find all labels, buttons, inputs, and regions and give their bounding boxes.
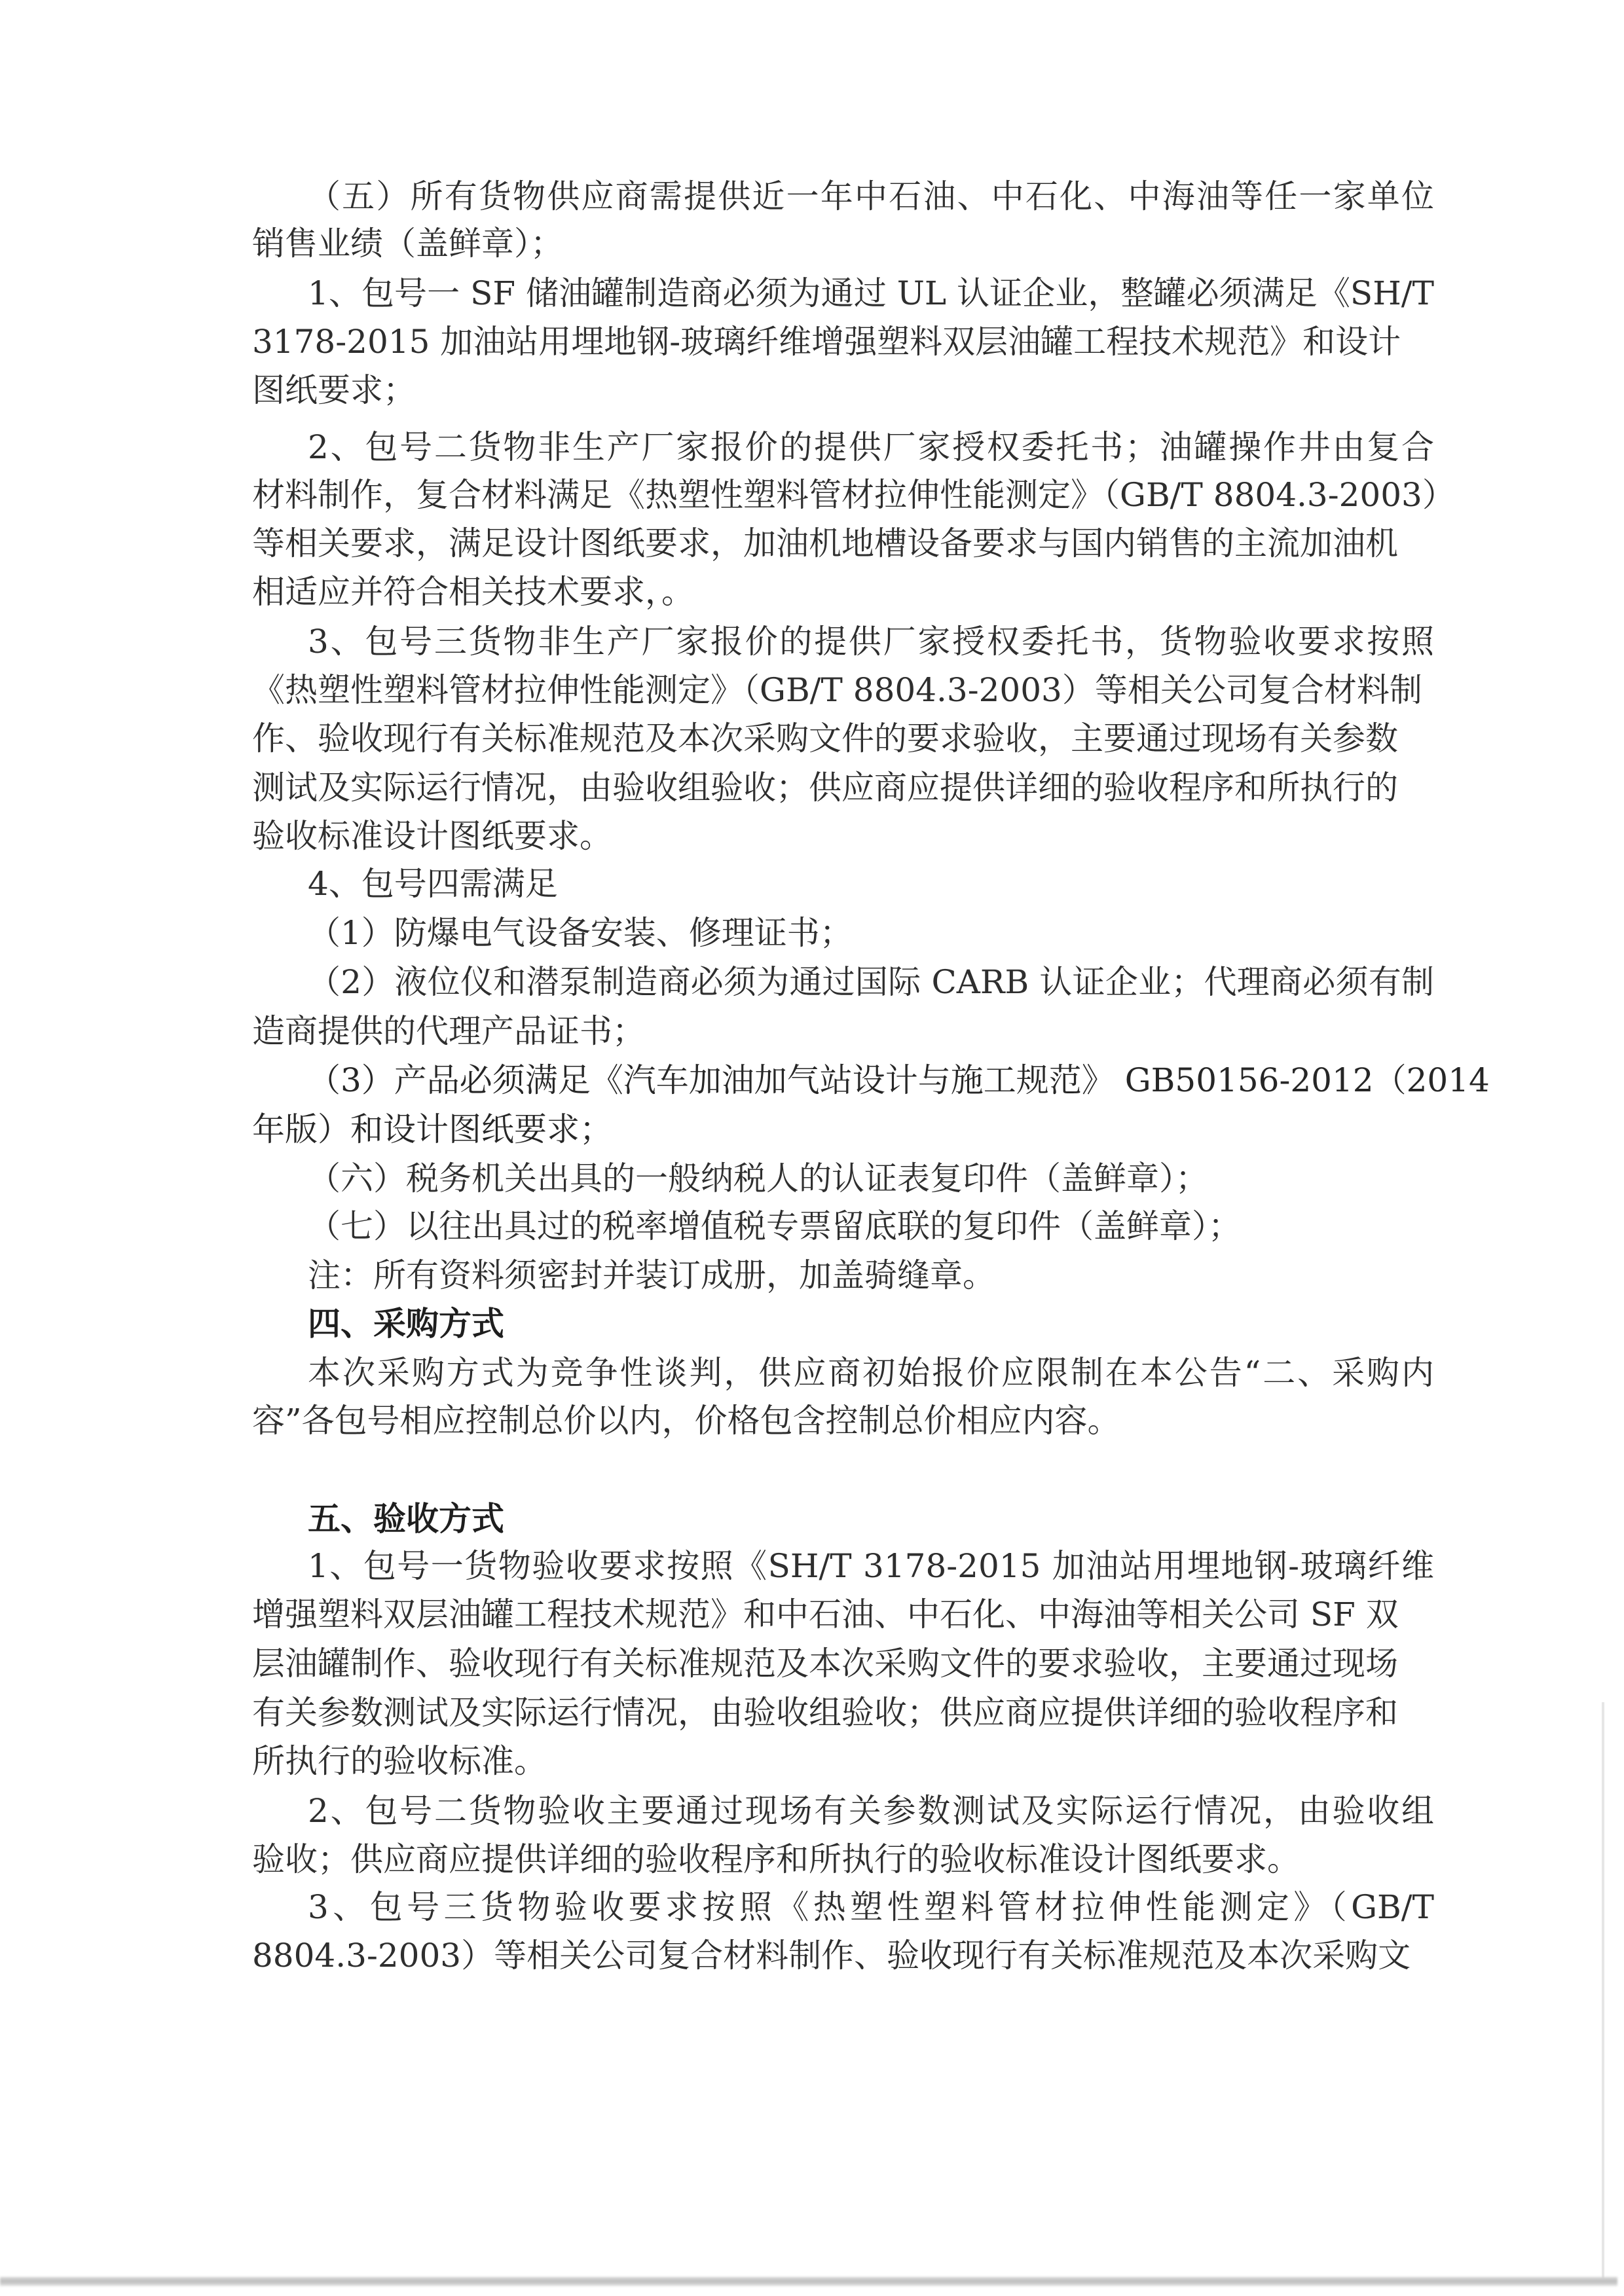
paragraph-line: 层油罐制作、验收现行有关标准规范及本次采购文件的要求验收，主要通过现场 <box>252 1639 1378 1688</box>
list-item: （六）税务机关出具的一般纳税人的认证表复印件（盖鲜章）； <box>308 1154 1434 1203</box>
paragraph-line: 容”各包号相应控制总价以内，价格包含控制总价相应内容。 <box>252 1396 1378 1445</box>
section-heading-acceptance-method: 五、验收方式 <box>308 1495 1434 1543</box>
paragraph-line: 3178-2015 加油站用埋地钢-玻璃纤维增强塑料双层油罐工程技术规范》和设计 <box>252 318 1378 366</box>
paragraph-line: 相适应并符合相关技术要求，。 <box>252 568 1378 616</box>
scan-edge-right <box>1602 1702 1604 2285</box>
section-heading-procurement-method: 四、采购方式 <box>308 1300 1434 1348</box>
paragraph-line: 《热塑性塑料管材拉伸性能测定》（GB/T 8804.3-2003）等相关公司复合… <box>252 666 1378 714</box>
paragraph-line: 年版）和设计图纸要求； <box>252 1105 1378 1154</box>
scan-edge-bottom <box>0 2277 1617 2286</box>
note-line: 注：所有资料须密封并装订成册，加盖骑缝章。 <box>308 1251 1434 1300</box>
paragraph-line: 增强塑料双层油罐工程技术规范》和中石油、中石化、中海油等相关公司 SF 双 <box>252 1590 1378 1639</box>
paragraph-line: 验收标准设计图纸要求。 <box>252 812 1378 860</box>
paragraph-line: 3、包号三货物非生产厂家报价的提供厂家授权委托书，货物验收要求按照 <box>308 617 1434 666</box>
list-item: （3）产品必须满足《汽车加油加气站设计与施工规范》 GB50156-2012（2… <box>308 1056 1434 1104</box>
paragraph-line: 销售业绩（盖鲜章）； <box>252 219 1378 268</box>
list-item: （七）以往出具过的税率增值税专票留底联的复印件（盖鲜章）； <box>308 1202 1434 1250</box>
list-item: （1）防爆电气设备安装、修理证书； <box>308 909 1434 957</box>
paragraph-line: 所执行的验收标准。 <box>252 1737 1378 1785</box>
paragraph-line: 1、包号一 SF 储油罐制造商必须为通过 UL 认证企业，整罐必须满足《SH/T <box>308 269 1434 318</box>
list-item: （2）液位仪和潜泵制造商必须为通过国际 CARB 认证企业；代理商必须有制 <box>308 958 1434 1006</box>
paragraph-line: （五）所有货物供应商需提供近一年中石油、中石化、中海油等任一家单位 <box>308 172 1434 221</box>
paragraph-line: 等相关要求，满足设计图纸要求，加油机地槽设备要求与国内销售的主流加油机 <box>252 519 1378 568</box>
paragraph-line: 测试及实际运行情况，由验收组验收；供应商应提供详细的验收程序和所执行的 <box>252 763 1378 812</box>
paragraph-line: 本次采购方式为竞争性谈判，供应商初始报价应限制在本公告“二、采购内 <box>308 1349 1434 1397</box>
paragraph-line: 验收；供应商应提供详细的验收程序和所执行的验收标准设计图纸要求。 <box>252 1835 1378 1884</box>
paragraph-line: 作、验收现行有关标准规范及本次采购文件的要求验收，主要通过现场有关参数 <box>252 714 1378 763</box>
paragraph-line: 4、包号四需满足 <box>308 860 1434 908</box>
paragraph-line: 3、包号三货物验收要求按照《热塑性塑料管材拉伸性能测定》（GB/T <box>308 1883 1434 1931</box>
paragraph-line: 图纸要求； <box>252 366 1378 414</box>
document-page: （五）所有货物供应商需提供近一年中石油、中石化、中海油等任一家单位 销售业绩（盖… <box>0 0 1624 2296</box>
paragraph-line: 1、包号一货物验收要求按照《SH/T 3178-2015 加油站用埋地钢-玻璃纤… <box>308 1542 1434 1590</box>
paragraph-line: 造商提供的代理产品证书； <box>252 1007 1378 1055</box>
paragraph-line: 有关参数测试及实际运行情况，由验收组验收；供应商应提供详细的验收程序和 <box>252 1688 1378 1737</box>
paragraph-line: 8804.3-2003）等相关公司复合材料制作、验收现行有关标准规范及本次采购文 <box>252 1931 1378 1980</box>
paragraph-line: 2、包号二货物非生产厂家报价的提供厂家授权委托书；油罐操作井由复合 <box>308 423 1434 471</box>
paragraph-line: 材料制作，复合材料满足《热塑性塑料管材拉伸性能测定》（GB/T 8804.3-2… <box>252 471 1378 519</box>
paragraph-line: 2、包号二货物验收主要通过现场有关参数测试及实际运行情况，由验收组 <box>308 1787 1434 1835</box>
